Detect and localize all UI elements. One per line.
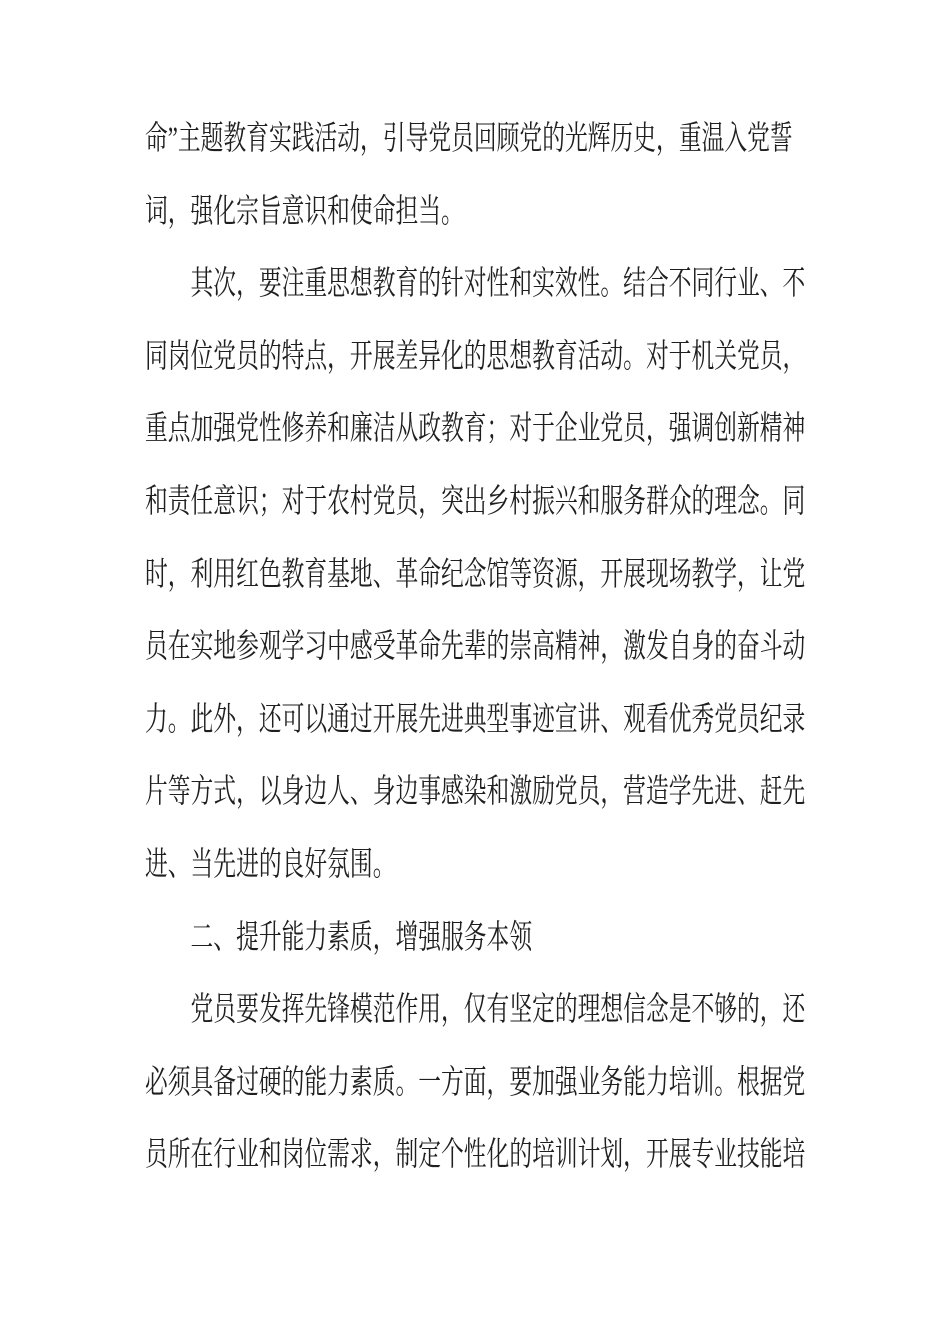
- document-text-block: 命”主题教育实践活动，引导党员回顾党的光辉历史，重温入党誓 词，强化宗旨意识和使…: [145, 103, 842, 1192]
- doc-line-5: 重点加强党性修养和廉洁从政教育；对于企业党员，强调创新精神: [145, 393, 842, 466]
- doc-line-6: 和责任意识；对于农村党员，突出乡村振兴和服务群众的理念。同: [145, 466, 842, 539]
- doc-line-1: 命”主题教育实践活动，引导党员回顾党的光辉历史，重温入党誓: [145, 103, 842, 176]
- doc-line-2: 词，强化宗旨意识和使命担当。: [145, 176, 842, 249]
- doc-line-4: 同岗位党员的特点，开展差异化的思想教育活动。对于机关党员，: [145, 321, 842, 394]
- document-page: 命”主题教育实践活动，引导党员回顾党的光辉历史，重温入党誓 词，强化宗旨意识和使…: [0, 0, 950, 1344]
- doc-line-8: 员在实地参观学习中感受革命先辈的崇高精神，激发自身的奋斗动: [145, 611, 842, 684]
- doc-line-3: 其次，要注重思想教育的针对性和实效性。结合不同行业、不: [145, 248, 842, 321]
- doc-line-10: 片等方式，以身边人、身边事感染和激励党员，营造学先进、赶先: [145, 756, 842, 829]
- section-heading: 二、提升能力素质，增强服务本领: [145, 902, 842, 975]
- doc-line-15: 员所在行业和岗位需求，制定个性化的培训计划，开展专业技能培: [145, 1119, 842, 1192]
- doc-line-9: 力。此外，还可以通过开展先进典型事迹宣讲、观看优秀党员纪录: [145, 684, 842, 757]
- doc-line-13: 党员要发挥先锋模范作用，仅有坚定的理想信念是不够的，还: [145, 974, 842, 1047]
- doc-line-14: 必须具备过硬的能力素质。一方面，要加强业务能力培训。根据党: [145, 1047, 842, 1120]
- doc-line-11: 进、当先进的良好氛围。: [145, 829, 842, 902]
- doc-line-7: 时，利用红色教育基地、革命纪念馆等资源，开展现场教学，让党: [145, 539, 842, 612]
